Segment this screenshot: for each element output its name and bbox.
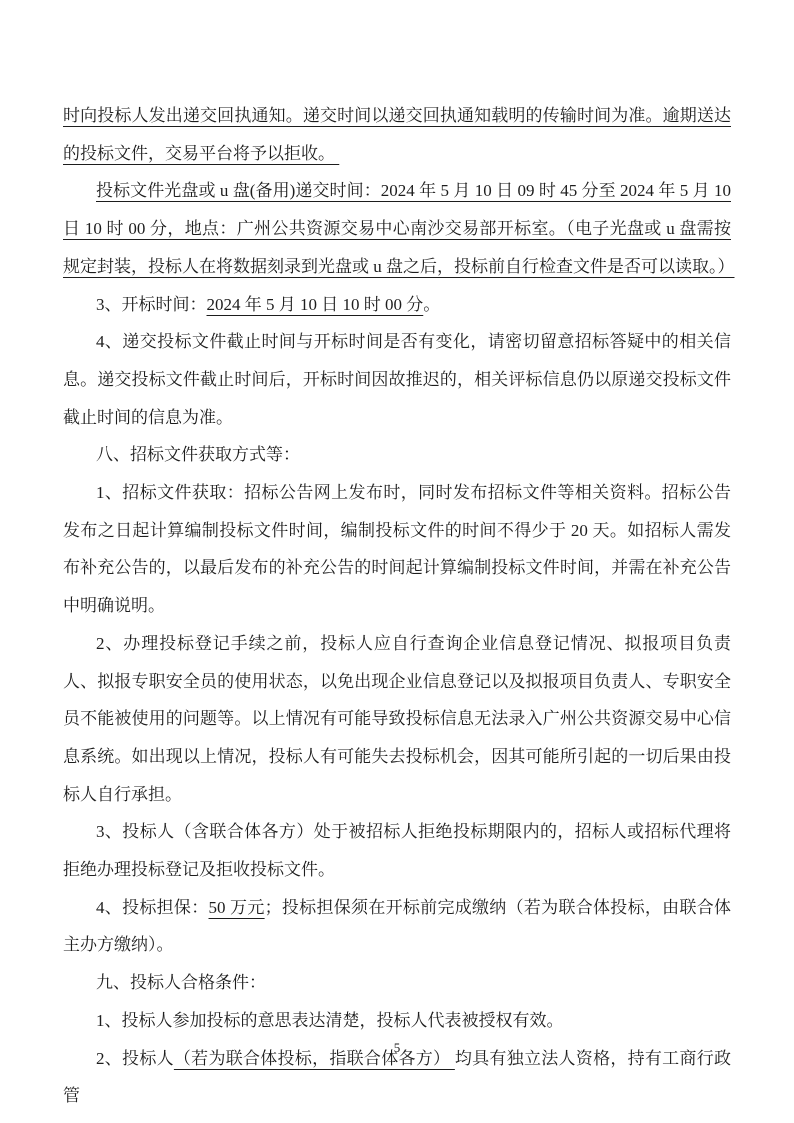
document-page: 时向投标人发出递交回执通知。递交时间以递交回执通知载明的传输时间为准。逾期送达的… [0, 0, 794, 1123]
underlined-text: 2024 年 5 月 10 日 10 时 00 分 [207, 295, 424, 314]
text-segment: 九、投标人合格条件： [96, 973, 266, 992]
underlined-text: 投标文件光盘或 u 盘(备用)递交时间：2024 年 5 月 10 日 09 时… [63, 181, 735, 275]
paragraph: 八、招标文件获取方式等： [63, 436, 731, 474]
paragraph: 1、投标人参加投标的意思表达清楚，投标人代表被授权有效。 [63, 1002, 731, 1040]
page-number: 5 [0, 1040, 794, 1056]
underlined-text: 时向投标人发出递交回执通知。递交时间以递交回执通知载明的传输时间为准。逾期送达的… [63, 106, 731, 163]
document-body: 时向投标人发出递交回执通知。递交时间以递交回执通知载明的传输时间为准。逾期送达的… [63, 97, 731, 1115]
text-segment: 3、开标时间： [96, 295, 207, 314]
paragraph: 时向投标人发出递交回执通知。递交时间以递交回执通知载明的传输时间为准。逾期送达的… [63, 97, 731, 172]
paragraph: 1、招标文件获取：招标公告网上发布时，同时发布招标文件等相关资料。招标公告发布之… [63, 474, 731, 625]
text-segment: 八、招标文件获取方式等： [96, 445, 300, 464]
paragraph: 2、办理投标登记手续之前，投标人应自行查询企业信息登记情况、拟报项目负责人、拟报… [63, 625, 731, 814]
paragraph: 4、投标担保：50 万元；投标担保须在开标前完成缴纳（若为联合体投标，由联合体主… [63, 889, 731, 964]
text-segment: 1、投标人参加投标的意思表达清楚，投标人代表被授权有效。 [96, 1011, 564, 1030]
text-segment: 1、招标文件获取：招标公告网上发布时，同时发布招标文件等相关资料。招标公告发布之… [63, 483, 731, 615]
text-segment: 2、办理投标登记手续之前，投标人应自行查询企业信息登记情况、拟报项目负责人、拟报… [63, 634, 731, 804]
paragraph: 投标文件光盘或 u 盘(备用)递交时间：2024 年 5 月 10 日 09 时… [63, 172, 731, 285]
paragraph: 3、投标人（含联合体各方）处于被招标人拒绝投标期限内的，招标人或招标代理将拒绝办… [63, 813, 731, 888]
text-segment: 4、递交投标文件截止时间与开标时间是否有变化，请密切留意招标答疑中的相关信息。递… [63, 332, 731, 426]
text-segment: 。 [423, 295, 440, 314]
text-segment: 4、投标担保： [96, 898, 209, 917]
paragraph: 九、投标人合格条件： [63, 964, 731, 1002]
paragraph: 4、递交投标文件截止时间与开标时间是否有变化，请密切留意招标答疑中的相关信息。递… [63, 323, 731, 436]
underlined-text: 50 万元 [209, 898, 265, 917]
paragraph: 3、开标时间：2024 年 5 月 10 日 10 时 00 分。 [63, 286, 731, 324]
text-segment: 3、投标人（含联合体各方）处于被招标人拒绝投标期限内的，招标人或招标代理将拒绝办… [63, 822, 731, 879]
